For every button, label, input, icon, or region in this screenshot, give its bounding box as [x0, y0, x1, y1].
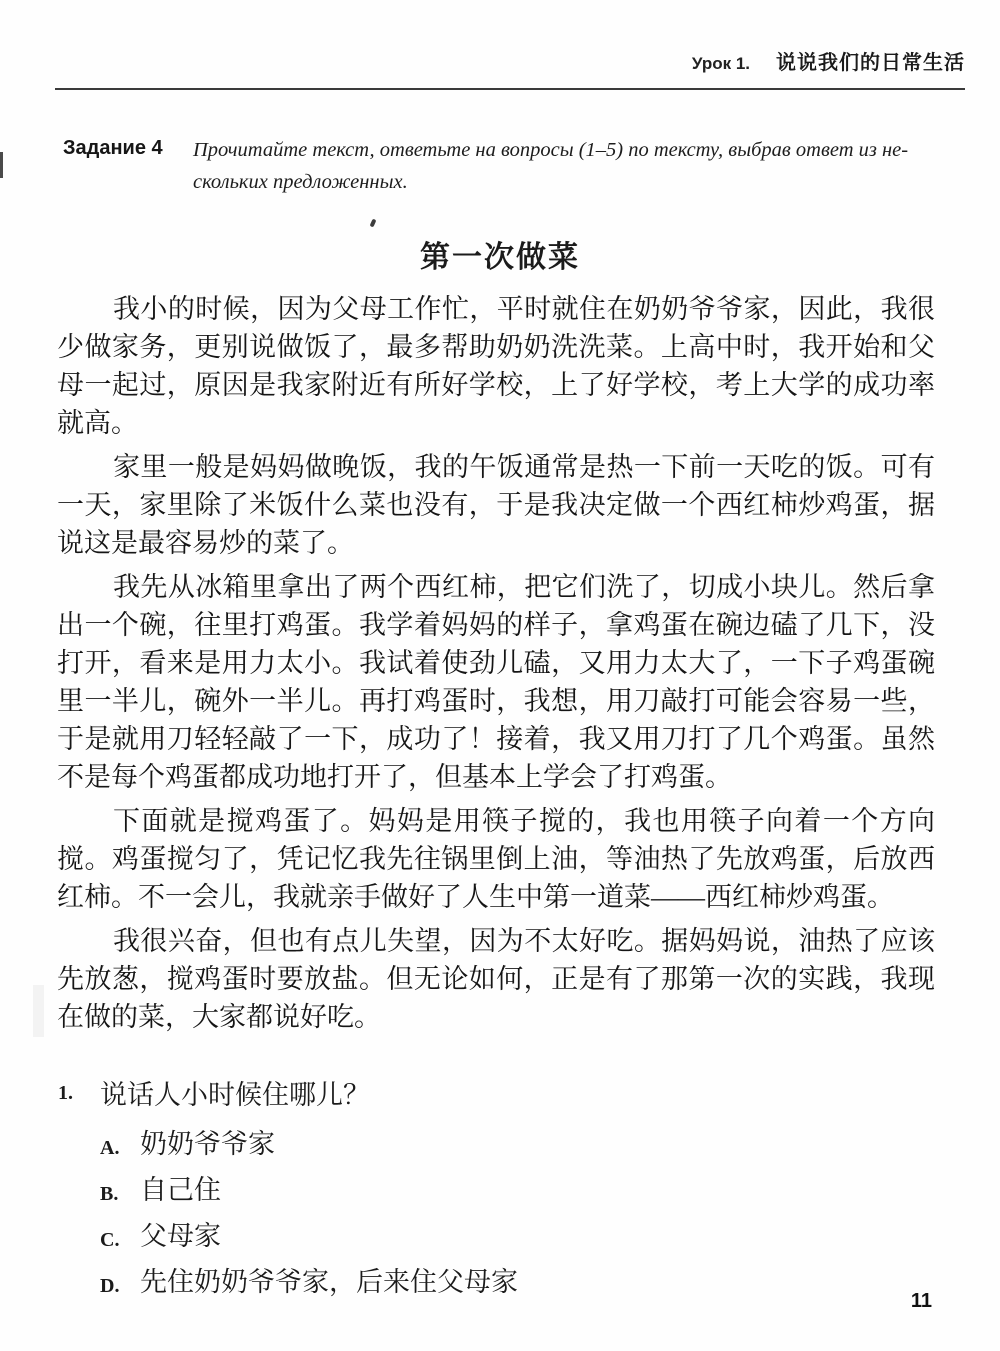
question-text: 说话人小时候住哪儿？: [100, 1076, 370, 1114]
task-block: Задание 4 Прочитайте текст, ответьте на …: [63, 134, 935, 198]
task-instruction-line-2: скольких предложенных.: [193, 166, 908, 198]
scan-artifact-left-edge: [0, 152, 3, 178]
lesson-number-label: Урок 1.: [692, 54, 750, 73]
reading-paragraph: 下面就是搅鸡蛋了。妈妈是用筷子搅的，我也用筷子向着一个方向搅。鸡蛋搅匀了，凭记忆…: [57, 802, 935, 916]
reading-title: 第一次做菜: [0, 232, 1000, 276]
option-b: B. 自己住: [100, 1174, 935, 1210]
reading-paragraph: 我小的时候，因为父母工作忙，平时就住在奶奶爷爷家，因此，我很少做家务，更别说做饭…: [57, 290, 935, 442]
scan-artifact-speck: [370, 219, 377, 228]
question-number: 1.: [58, 1076, 100, 1114]
option-a-letter: A.: [100, 1128, 140, 1164]
answer-options: A. 奶奶爷爷家 B. 自己住 C. 父母家 D. 先住奶奶爷爷家，后来住父母家: [100, 1128, 935, 1302]
option-d: D. 先住奶奶爷爷家，后来住父母家: [100, 1266, 935, 1302]
option-c-text: 父母家: [140, 1220, 221, 1256]
task-instruction: Прочитайте текст, ответьте на вопросы (1…: [193, 134, 908, 198]
question-1: 1. 说话人小时候住哪儿？: [58, 1076, 935, 1114]
task-label: Задание 4: [63, 134, 193, 198]
option-d-text: 先住奶奶爷爷家，后来住父母家: [140, 1266, 518, 1302]
reading-text: 我小的时候，因为父母工作忙，平时就住在奶奶爷爷家，因此，我很少做家务，更别说做饭…: [57, 290, 935, 1036]
option-a-text: 奶奶爷爷家: [140, 1128, 275, 1164]
option-d-letter: D.: [100, 1266, 140, 1302]
option-a: A. 奶奶爷爷家: [100, 1128, 935, 1164]
lesson-title: 说说我们的日常生活: [776, 52, 965, 74]
header-divider: [55, 88, 965, 90]
reading-paragraph: 家里一般是妈妈做晚饭，我的午饭通常是热一下前一天吃的饭。可有一天，家里除了米饭什…: [57, 448, 935, 562]
option-b-text: 自己住: [140, 1174, 221, 1210]
scan-artifact-band: [33, 985, 44, 1037]
option-c: C. 父母家: [100, 1220, 935, 1256]
page-header: Урок 1. 说说我们的日常生活: [55, 0, 965, 75]
task-instruction-line-1: Прочитайте текст, ответьте на вопросы (1…: [193, 134, 908, 166]
reading-paragraph: 我很兴奋，但也有点儿失望，因为不太好吃。据妈妈说，油热了应该先放葱，搅鸡蛋时要放…: [57, 922, 935, 1036]
page-number: 11: [911, 1290, 932, 1313]
question-1-block: 1. 说话人小时候住哪儿？ A. 奶奶爷爷家 B. 自己住 C. 父母家 D. …: [58, 1076, 935, 1302]
option-c-letter: C.: [100, 1220, 140, 1256]
option-b-letter: B.: [100, 1174, 140, 1210]
reading-paragraph: 我先从冰箱里拿出了两个西红柿，把它们洗了，切成小块儿。然后拿出一个碗，往里打鸡蛋…: [57, 568, 935, 796]
